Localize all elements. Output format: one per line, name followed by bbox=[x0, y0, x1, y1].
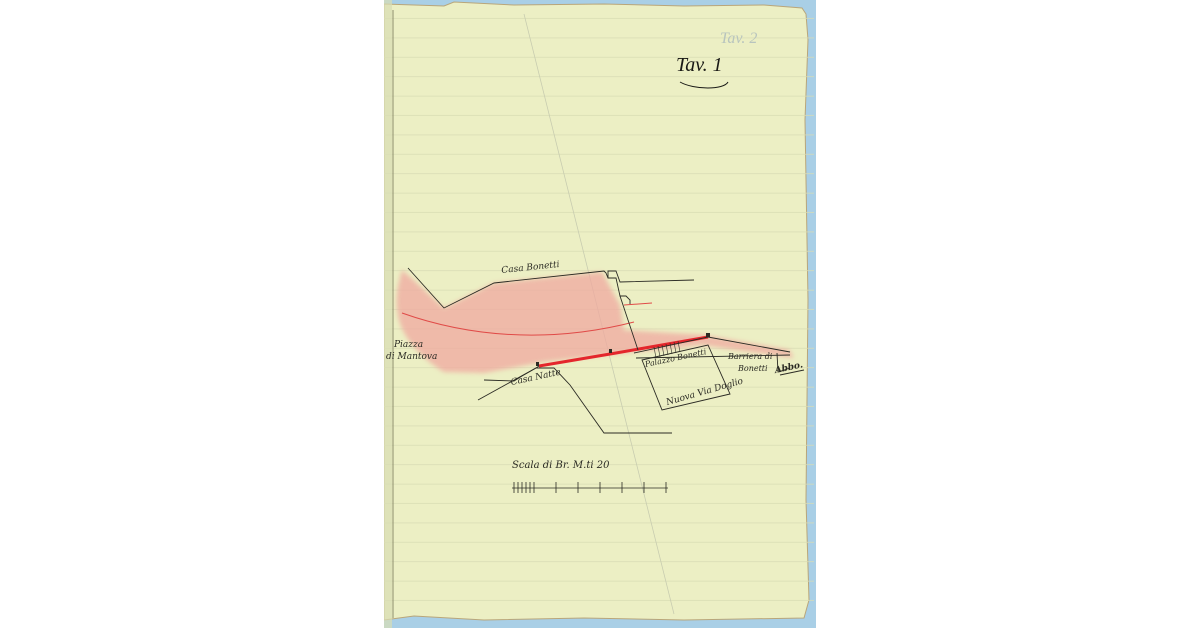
label-piazza-1: Piazza bbox=[394, 340, 423, 350]
scanned-page: Tav. 2 Tav. 1 Casa Bonetti Piazza di Man… bbox=[384, 0, 816, 628]
label-right-2: Bonetti bbox=[738, 364, 768, 373]
plate-title-ghost: Tav. 2 bbox=[720, 30, 757, 48]
plate-title: Tav. 1 bbox=[676, 54, 723, 77]
map-sheet bbox=[384, 0, 816, 628]
label-piazza-2: di Mantova bbox=[386, 352, 437, 362]
scale-caption: Scala di Br. M.ti 20 bbox=[512, 460, 609, 471]
label-right-1: Barriera di bbox=[728, 352, 772, 361]
